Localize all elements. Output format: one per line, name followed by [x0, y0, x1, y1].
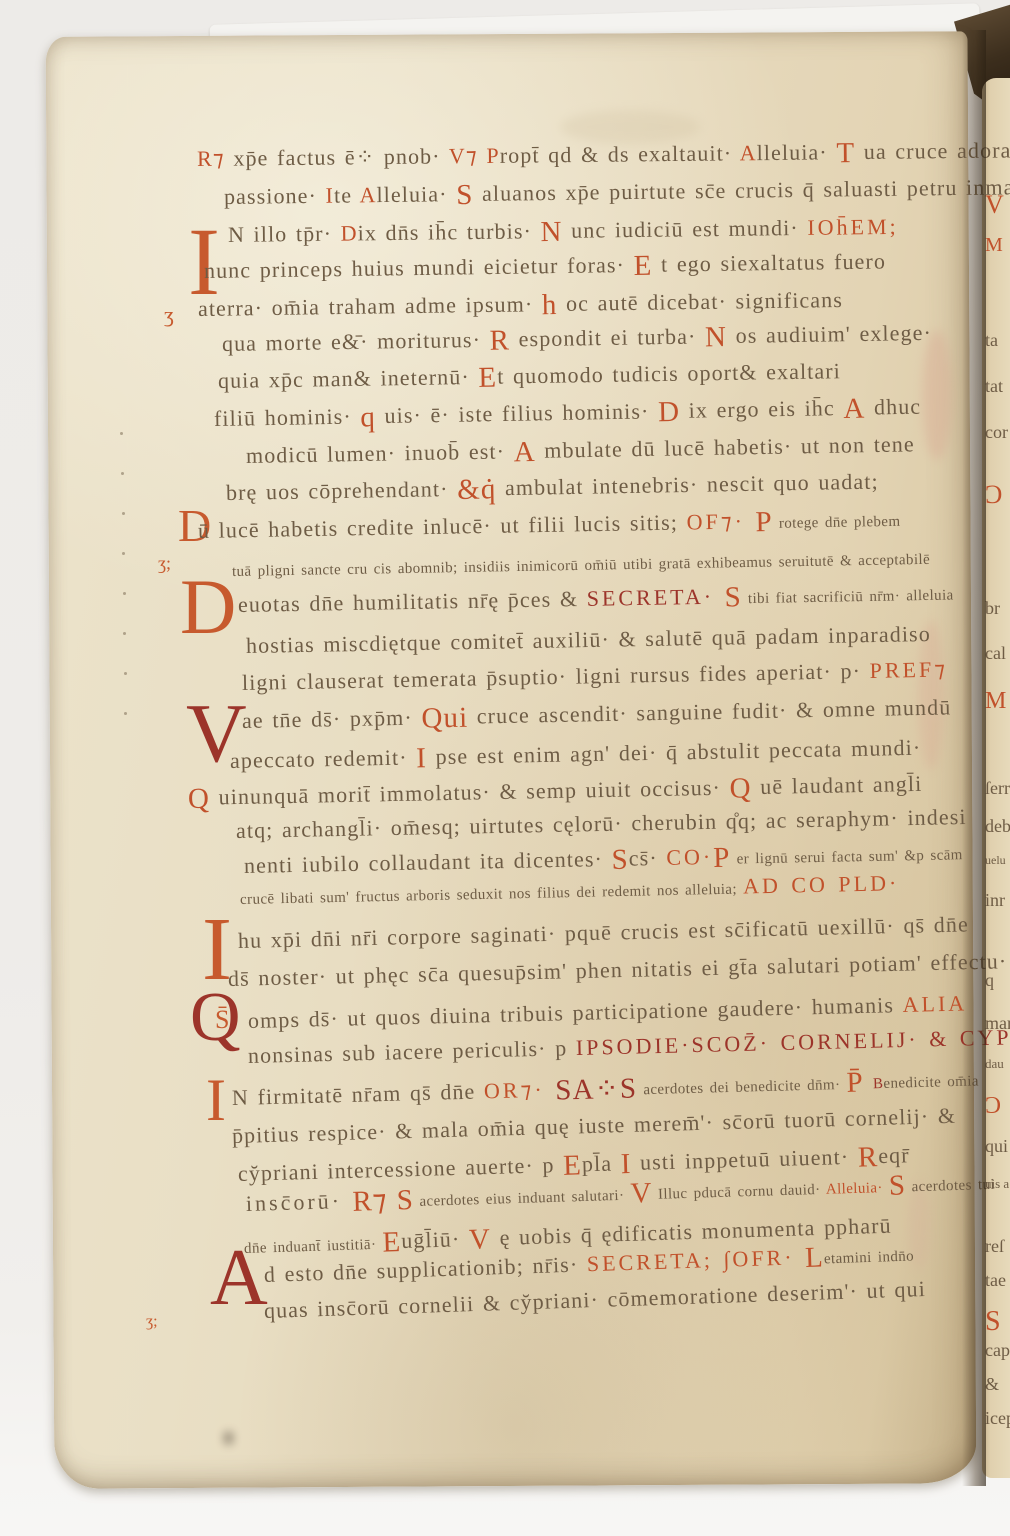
text-segment: lleluia· [757, 139, 837, 165]
parchment-stain [922, 330, 952, 460]
text-segment: ua cruce adoram' dn̄e tua gloriosa recol… [855, 135, 1010, 165]
text-segment: t quomodo tudicis oport& exaltari [497, 358, 841, 388]
facing-page-fragment: Ɔ [985, 1093, 1001, 1120]
facing-page-fragment: Ɔ [985, 480, 1002, 510]
text-segment: er lignū serui facta sum' &p scām [730, 847, 963, 867]
text-segment: R⁊ [352, 1185, 397, 1218]
facing-page-fragment: cap [985, 1340, 1010, 1361]
text-segment: V [468, 1223, 491, 1256]
facing-page-fragment: ſerr [985, 778, 1010, 799]
text-segment: aterra· om̄ia traham adme ipsum· [198, 291, 542, 321]
text-segment: SECRETA; [586, 1247, 723, 1277]
text-segment: N [705, 321, 728, 353]
text-segment: Q [729, 772, 752, 804]
text-segment: dhuc [865, 394, 921, 420]
facing-page-fragment: S [985, 1306, 1001, 1338]
text-segment: I [325, 183, 334, 208]
text-segment: cs̄· [629, 845, 667, 871]
facing-page-fragment: M [985, 688, 1006, 715]
pricking-dot [123, 592, 126, 595]
parchment-stain [560, 110, 700, 144]
text-segment: SA⁘S [555, 1072, 638, 1106]
text-segment: quia xp̄c man& ineternū· [218, 364, 479, 393]
text-segment: I [620, 1148, 632, 1180]
text-segment: ALIA [902, 990, 967, 1017]
text-segment: E [633, 250, 652, 282]
text-segment: euotas dn̄e humilitatis nr̄ę p̄ces & [238, 586, 587, 617]
text-segment: oc autē dicebat· significans [557, 287, 843, 316]
text-segment: R⁊ [197, 146, 234, 171]
text-segment: lleluia· [376, 181, 456, 207]
text-segment: ambulat intenebris· nescit quo uadat; [496, 469, 879, 501]
text-segment: ae tn̄e ds̄· pxp̄m· [242, 705, 422, 733]
text-segment: P̄ [846, 1066, 873, 1099]
text-segment: IOh̄EM; [807, 214, 899, 240]
margin-flourish-1: ʒ [164, 306, 174, 324]
facing-page-fragment: uelu [985, 853, 1006, 868]
facing-page-edge: VMtatatcorƆbrcalMſerrdebueluinrqmardauƆq… [982, 78, 1010, 1478]
text-segment: qua morte e&̄· moriturus· [222, 327, 490, 356]
text-segment: N illo tp̄r· [228, 221, 341, 247]
facing-page-fragment: M [985, 234, 1003, 257]
text-segment: acerdotes dei benedicite dn̄m· [637, 1077, 847, 1098]
text-segment: uē laudant angl̄i [751, 771, 922, 799]
text-segment: V [630, 1177, 652, 1210]
text-segment: E [478, 362, 497, 394]
facing-page-fragment: br [985, 598, 1000, 619]
text-segment: P [755, 506, 773, 538]
text-segment: enedicite om̄ia [883, 1073, 979, 1091]
text-segment: D [341, 220, 358, 245]
text-segment: espondit ei turba· [510, 323, 705, 351]
text-segment: q [360, 401, 376, 433]
facing-page-fragment: inr [985, 890, 1005, 911]
text-segment: pl̄a [582, 1150, 621, 1176]
text-segment: R [489, 324, 510, 356]
text-segment: S [611, 844, 629, 876]
text-segment: E [382, 1226, 402, 1259]
margin-mark-a: ʒ; [146, 1316, 158, 1329]
text-segment: uḡl̄iū· [401, 1226, 470, 1253]
text-segment: L [805, 1241, 825, 1274]
pricking-dot [124, 712, 127, 715]
text-segment: A [359, 182, 376, 207]
initial-S-inner: S̄ [215, 1010, 229, 1031]
text-segment: Alleluia· [826, 1180, 890, 1198]
text-segment: acerdotes tui [905, 1177, 995, 1196]
initial-D-devotas: D [180, 576, 236, 638]
text-segment: A [740, 140, 757, 165]
text-segment: uis· ē· iste filius hominis· [376, 398, 658, 428]
facing-page-fragment: cor [985, 422, 1008, 443]
text-segment: apeccato redemit· [230, 744, 417, 773]
text-segment: ix ergo eis ih̄c [680, 395, 844, 423]
text-segment: mbulate dū lucē habetis· ut non tene [535, 431, 914, 463]
text-segment: h [542, 289, 558, 321]
text-segment: N firmitatē nr̄am qs̄ dn̄e [232, 1078, 485, 1110]
text-segment: P [713, 842, 731, 874]
pricking-dot [122, 552, 125, 555]
text-segment: eqr̄ [878, 1142, 910, 1168]
text-segment: R [857, 1141, 878, 1174]
facing-page-fragment: dau [985, 1056, 1004, 1072]
text-segment: modicū lumen· inuob̄ est· [246, 438, 514, 468]
text-segment: te [334, 182, 360, 207]
text-segment: S [888, 1169, 905, 1201]
pricking-dot [120, 432, 123, 435]
initial-I-infirmitatem: I [206, 1076, 226, 1124]
text-segment: nunc princeps huius mundi eicietur foras… [204, 252, 634, 283]
text-segment: brę uos cōprehendant· [226, 476, 458, 505]
pricking-dot [121, 472, 124, 475]
pricking-dot [122, 512, 125, 515]
text-segment: OR⁊· [484, 1077, 556, 1104]
facing-page-fragment: tat [985, 376, 1003, 397]
text-segment: PREF⁊ [869, 656, 948, 683]
text-segment: V⁊ P [449, 143, 500, 169]
text-segment: CO· [666, 844, 713, 870]
text-segment: ∫OFR· [723, 1244, 805, 1272]
pricking-dot [123, 632, 126, 635]
text-segment: A [513, 436, 536, 468]
text-segment: T [836, 137, 855, 169]
text-segment: Qui [421, 702, 468, 735]
text-segment: passione· [224, 183, 326, 209]
facing-page-fragment: cal [985, 643, 1006, 664]
facing-page-fragment: qui [985, 1136, 1008, 1157]
facing-page-fragment: icep [985, 1408, 1010, 1429]
text-segment: E [563, 1149, 583, 1182]
text-segment: filiū hominis· [214, 403, 361, 431]
text-segment: dn̄e induant̄ iustitiā· [244, 1237, 383, 1257]
text-segment: AD CO PLD· [743, 870, 900, 898]
facing-page-fragment: tae [985, 1270, 1006, 1291]
text-segment: ix dn̄s ih̄c turbis· [358, 218, 541, 245]
text-segment: &q̇ [457, 473, 497, 506]
facing-page-fragment: ta [985, 330, 998, 351]
text-segment: A [843, 393, 866, 425]
text-segment: B [873, 1076, 884, 1092]
text-segment: S [724, 581, 742, 613]
text-segment: usti inppetuū uiuent· [631, 1144, 858, 1175]
manuscript-photo: VMtatatcorƆbrcalMſerrdebueluinrqmardauƆq… [0, 0, 1010, 1536]
text-segment: etamini indn̄o [824, 1248, 915, 1267]
text-segment: I [416, 742, 427, 774]
text-segment: D [658, 396, 681, 428]
text-segment: insc̄orū· [246, 1188, 353, 1216]
text-segment: S [456, 179, 474, 211]
text-segment: Q [188, 783, 211, 815]
text-segment: unc iudiciū est mundi· [562, 215, 807, 243]
facing-page-fragment: deb [985, 816, 1010, 837]
text-segment: OF⁊· [686, 508, 755, 534]
text-segment: tibi fiat sacrificiū nr̄m· alleluia [742, 588, 954, 608]
parchment-stain [225, 1432, 232, 1444]
text-segment: S [396, 1184, 413, 1216]
text-segment: t ego siexaltatus fuero [652, 248, 886, 276]
margin-mark-r: ʒ; [158, 556, 171, 570]
facing-page-fragment: reſ [985, 1236, 1004, 1257]
text-segment: xp̄e factus ē⁘ pnob· [233, 143, 449, 170]
text-segment: SECRETA· [586, 584, 724, 611]
facing-page-fragment: & [985, 1374, 999, 1395]
text-segment: rotege dn̄e plebem [773, 514, 901, 532]
text-segment: ropt̄ qd & ds exaltauit· [500, 140, 740, 168]
pricking-dot [124, 672, 127, 675]
text-segment: os audiuim' exlege· [727, 320, 932, 348]
text-segment: N [540, 216, 562, 248]
